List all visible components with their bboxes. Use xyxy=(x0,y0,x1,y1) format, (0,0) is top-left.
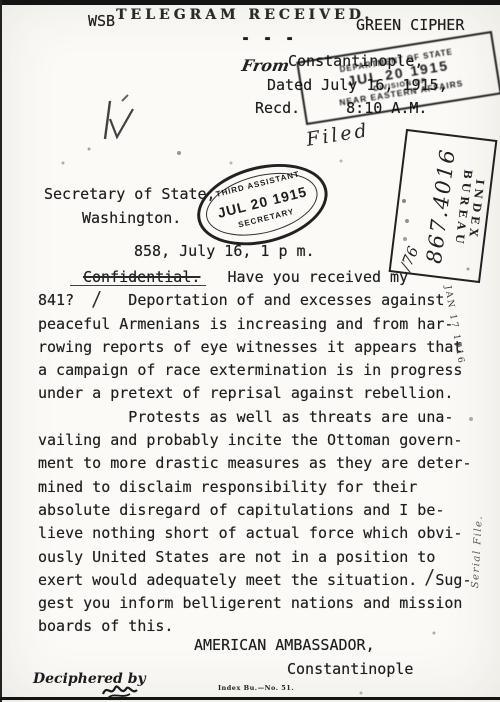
form-title: TELEGRAM RECEIVED. xyxy=(116,7,373,23)
index-bureau-stamp: INDEX BUREAU 867.4016 /76 xyxy=(389,129,498,283)
body-line: ment to more drastic measures as they ar… xyxy=(38,452,488,475)
routing-code: WSB xyxy=(88,12,115,30)
cipher-label: GREEN CIPHER xyxy=(356,16,464,34)
body-line: exert would adequately meet the situatio… xyxy=(38,569,488,592)
body-line: rowing reports of eye witnesses it appea… xyxy=(38,336,488,359)
confidential-word: Confidential. xyxy=(83,268,200,286)
paper-specks xyxy=(0,0,2,2)
body-line: peaceful Armenians is increasing and fro… xyxy=(38,313,488,336)
pencil-check-icon xyxy=(95,93,141,147)
telegram-document-page: WSB TELEGRAM RECEIVED. GREEN CIPHER - - … xyxy=(0,0,500,702)
body-line: absolute disregard of capitulations and … xyxy=(38,499,488,522)
body-lines: 841? Deportation of and excesses against… xyxy=(38,289,488,638)
address-line-1: Secretary of State, xyxy=(44,185,216,203)
scan-edge-top xyxy=(0,0,500,5)
decipherer-initials-scribble-icon xyxy=(100,681,144,701)
scan-edge-left xyxy=(0,0,2,702)
body-line: mined to disclaim responsibility for the… xyxy=(38,476,488,499)
body-line: gest you inform belligerent nations and … xyxy=(38,592,488,615)
body-line: lieve nothing short of actual force whic… xyxy=(38,522,488,545)
signature-line-2: Constantinople xyxy=(287,660,413,678)
body-line: a campaign of race extermination is in p… xyxy=(38,359,488,382)
body-line: ously United States are not in a positio… xyxy=(38,546,488,569)
filed-note: Filed xyxy=(305,119,371,151)
from-label: From xyxy=(240,56,290,75)
received-prefix: Recd. xyxy=(255,99,300,117)
confidential-underline xyxy=(70,285,206,286)
signature-line-1: AMERICAN AMBASSADOR, xyxy=(194,636,375,654)
message-number-line: 858, July 16, 1 p m. xyxy=(134,242,315,260)
scan-edge-bottom xyxy=(0,697,500,700)
form-number-note: Index Bu.—No. 51. xyxy=(218,684,294,692)
body-line: vailing and probably incite the Ottoman … xyxy=(38,429,488,452)
address-line-2: Washington. xyxy=(82,209,181,227)
body-line: 841? Deportation of and excesses against xyxy=(38,289,488,312)
first-line-rest: Have you received my xyxy=(200,268,408,286)
body-line: Protests as well as threats are una- xyxy=(38,406,488,429)
typed-dashes: - - - xyxy=(241,26,296,49)
body-line: under a pretext of reprisal against rebe… xyxy=(38,382,488,405)
message-body: Confidential. Have you received my 841? … xyxy=(38,266,488,639)
